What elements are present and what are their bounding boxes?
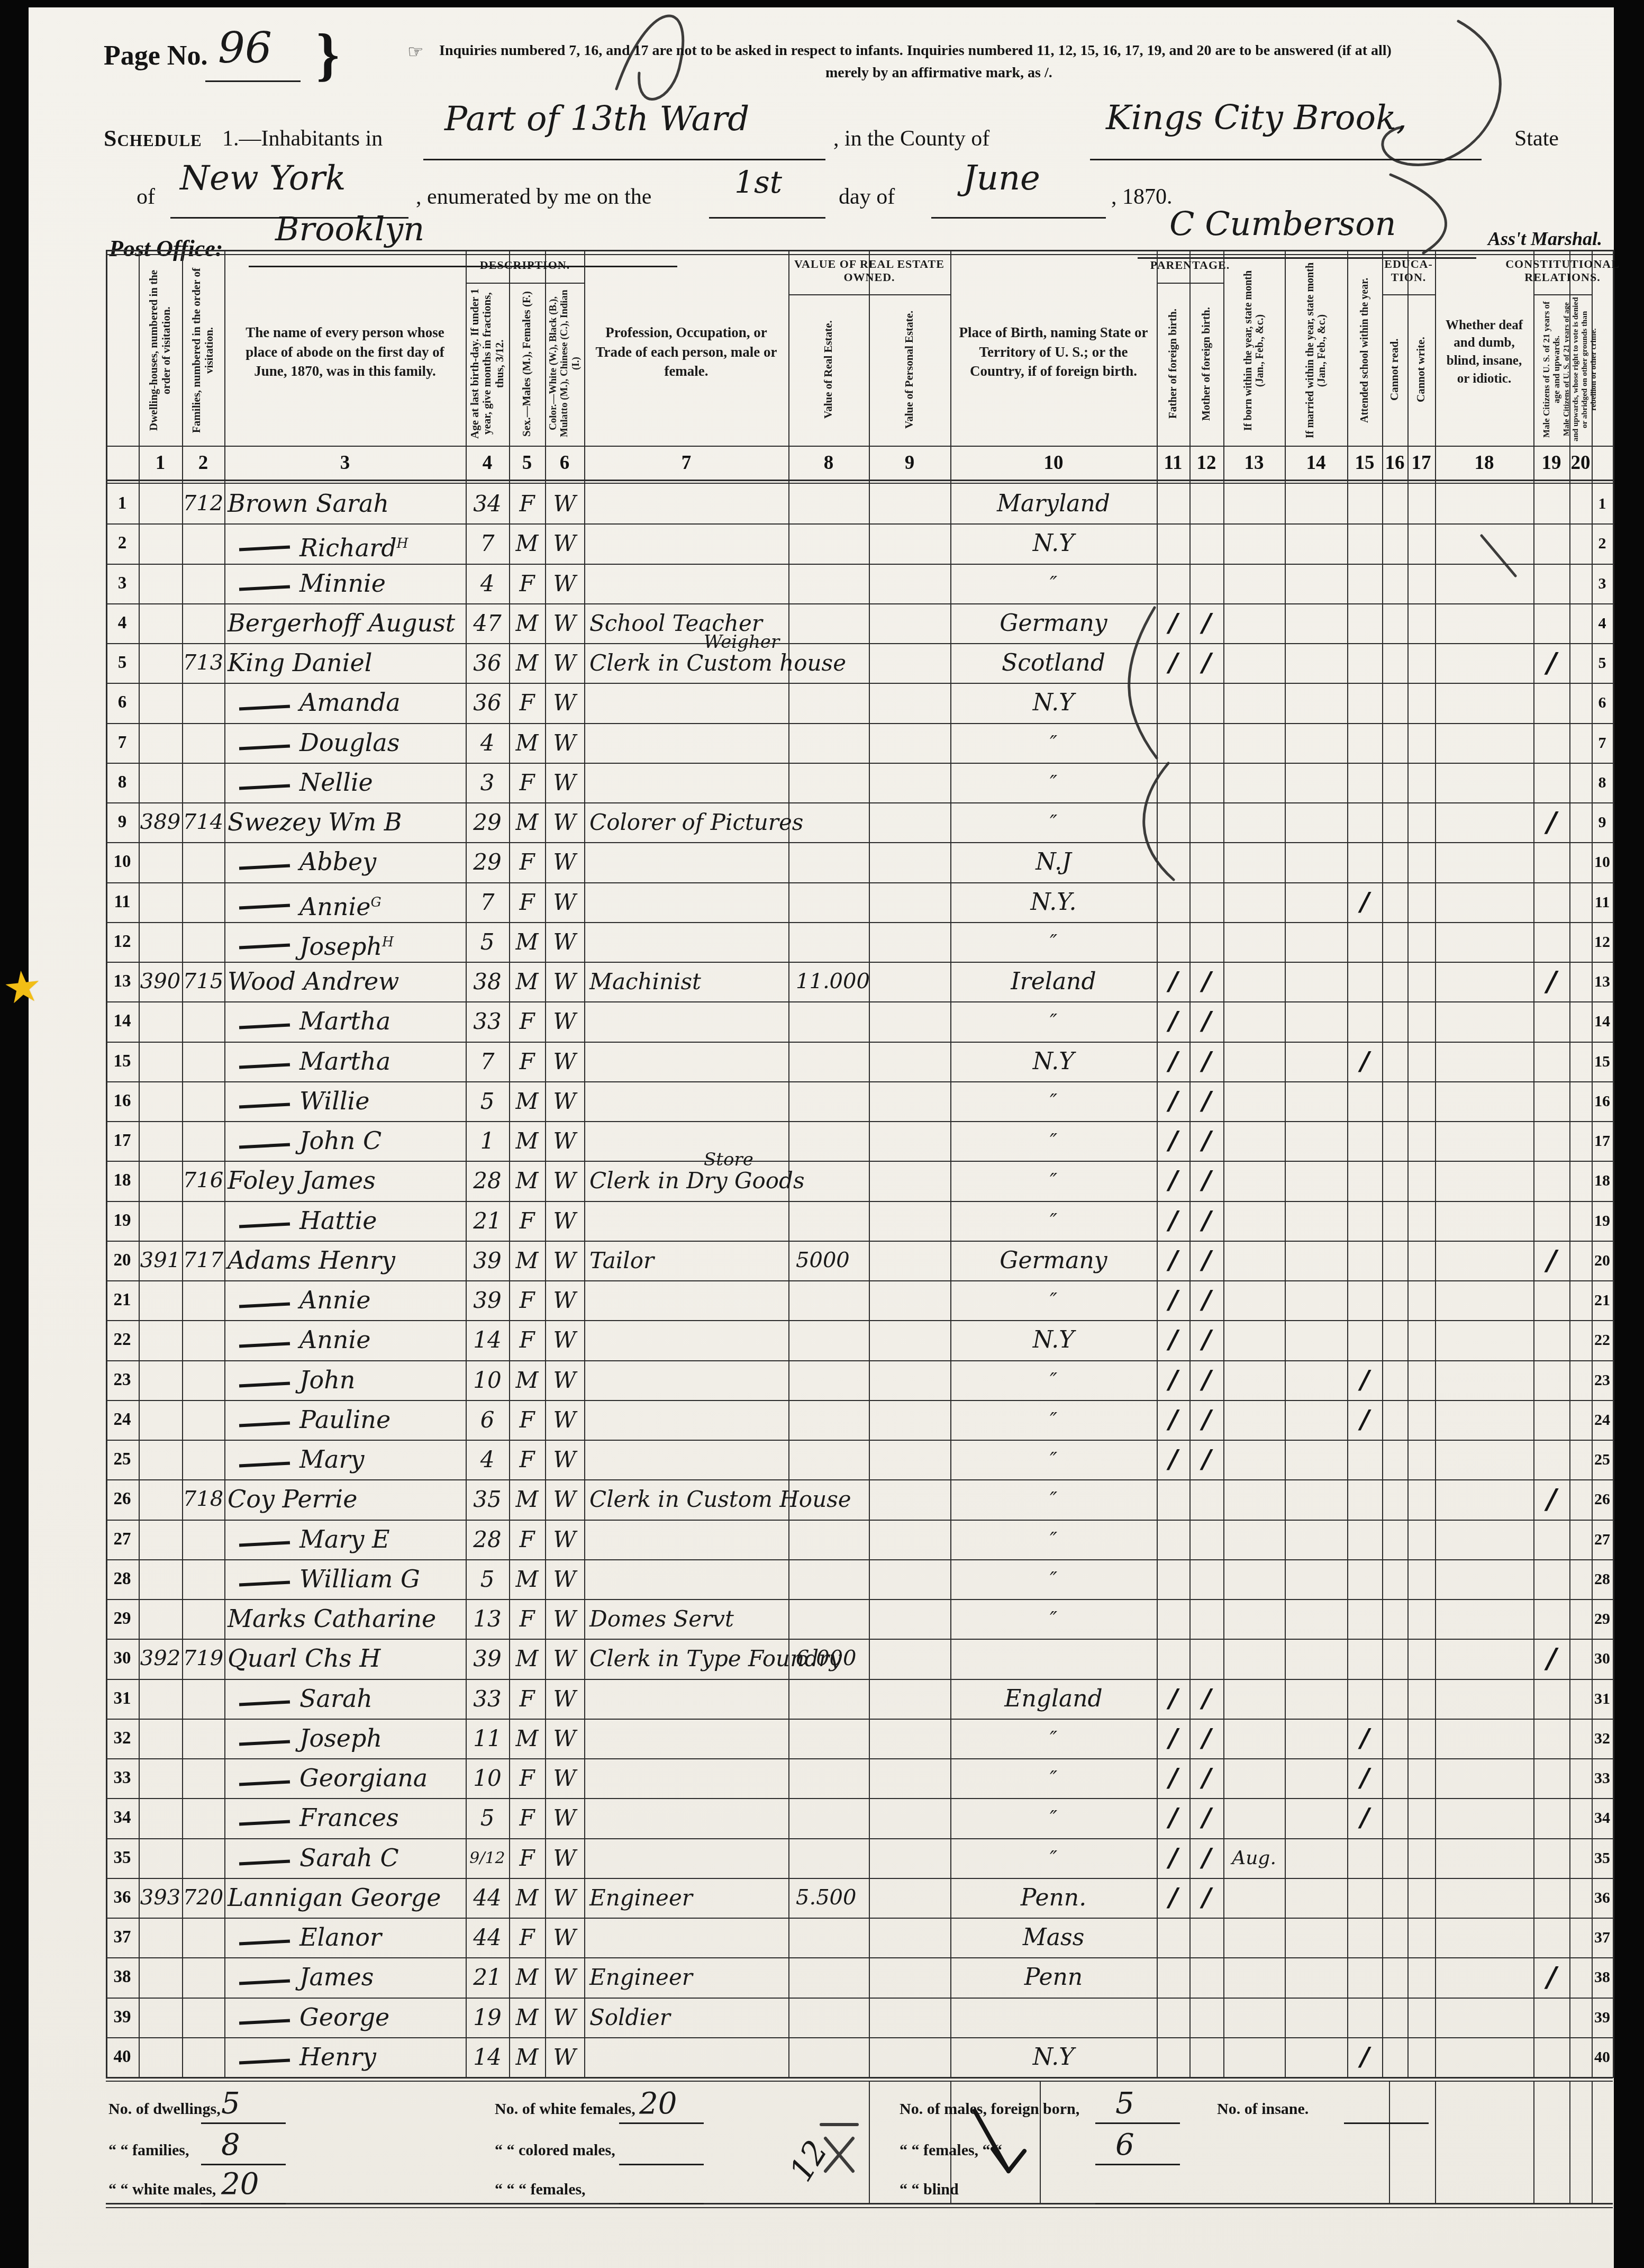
- cell-occupation: Colorer of Pictures: [589, 802, 803, 842]
- tick-attended-school: ∕: [1347, 1400, 1382, 1440]
- cell-name: Abbey: [299, 842, 376, 882]
- cell-name: George: [299, 1998, 389, 2037]
- cell-color: W: [545, 683, 584, 722]
- summary-females-label: “ “ “ females,: [495, 2181, 586, 2199]
- cell-name: Marks Catharine: [228, 1599, 436, 1639]
- cell-name: Sarah C: [299, 1838, 399, 1878]
- row-number-right: 16: [1592, 1081, 1613, 1121]
- cell-color: W: [545, 1241, 584, 1280]
- cell-name: Annie: [299, 1280, 370, 1320]
- ditto-dash: [239, 1541, 290, 1547]
- summary-foreign-underline: [1095, 2203, 1180, 2204]
- tick-mother-foreign: ∕: [1189, 1001, 1223, 1041]
- cell-age: 10: [466, 1360, 509, 1400]
- cell-name: Douglas: [299, 723, 399, 763]
- cell-birthplace: ″: [950, 723, 1157, 763]
- row-number-left: 39: [106, 1998, 139, 2037]
- ditto-dash: [239, 745, 290, 751]
- cell-color: W: [545, 603, 584, 643]
- cell-sex: M: [509, 802, 545, 842]
- grid-hline: [1533, 294, 1592, 295]
- cell-color: W: [545, 643, 584, 683]
- cell-name: RichardH: [299, 523, 408, 563]
- row-number-left: 26: [106, 1479, 139, 1519]
- cell-name: King Daniel: [228, 643, 372, 683]
- cell-birthplace: ″: [950, 1001, 1157, 1041]
- cell-sex: M: [509, 1639, 545, 1678]
- column-number-20: 20: [1569, 446, 1592, 480]
- tick-father-foreign: ∕: [1157, 1042, 1189, 1081]
- cell-sex: F: [509, 1679, 545, 1719]
- cell-sex: M: [509, 962, 545, 1001]
- cell-color: W: [545, 1520, 584, 1559]
- cell-family-no: 712: [182, 484, 224, 523]
- summary-dwellings-underline: [201, 2203, 286, 2204]
- column-number-12: 12: [1189, 446, 1223, 480]
- row-number-right: 8: [1592, 763, 1613, 802]
- column-group-header: Description.: [467, 258, 583, 272]
- row-number-left: 40: [106, 2037, 139, 2077]
- summary-dwellings-label: “ “ families,: [108, 2142, 189, 2159]
- cell-family-no: 719: [182, 1639, 224, 1678]
- ditto-dash: [239, 1461, 290, 1467]
- row-number-right: 6: [1592, 683, 1613, 722]
- cell-name: Willie: [299, 1081, 370, 1121]
- cell-age: 5: [466, 1559, 509, 1599]
- summary-foreign-label: No. of males, foreign born,: [900, 2100, 1079, 2118]
- tick-father-foreign: ∕: [1157, 1798, 1189, 1838]
- cell-dwelling-no: 391: [139, 1241, 182, 1280]
- summary-females-label: “ “ colored males,: [495, 2142, 615, 2159]
- tick-mother-foreign: ∕: [1189, 1679, 1223, 1719]
- summary-females-underline: [619, 2203, 704, 2204]
- row-number-right: 33: [1592, 1758, 1613, 1798]
- row-number-left: 5: [106, 643, 139, 683]
- column-header-20: Male Citizens of U. S. of 21 years of ag…: [1570, 296, 1591, 442]
- tick-attended-school: ∕: [1347, 1360, 1382, 1400]
- column-header-1: Dwelling-houses, numbered in the order o…: [139, 258, 181, 442]
- summary-dwellings-label: “ “ white males,: [108, 2181, 216, 2199]
- row-number-right: 38: [1592, 1957, 1613, 1997]
- ditto-dash: [239, 1063, 290, 1069]
- cell-birthplace: ″: [950, 1161, 1157, 1200]
- cell-sex: F: [509, 1201, 545, 1241]
- cell-birthplace: ″: [950, 1440, 1157, 1479]
- column-group-header: ConstitutionalRelations.: [1534, 257, 1591, 284]
- column-number-15: 15: [1347, 446, 1382, 480]
- column-number-16: 16: [1382, 446, 1407, 480]
- cell-color: W: [545, 1559, 584, 1599]
- ditto-dash: [239, 704, 290, 710]
- tick-mother-foreign: ∕: [1189, 1400, 1223, 1440]
- row-number-left: 20: [106, 1241, 139, 1280]
- cell-color: W: [545, 1360, 584, 1400]
- row-number-left: 10: [106, 842, 139, 882]
- tick-mother-foreign: ∕: [1189, 603, 1223, 643]
- cell-sex: F: [509, 1280, 545, 1320]
- cell-age: 44: [466, 1918, 509, 1957]
- row-number-left: 8: [106, 763, 139, 802]
- cell-sex: F: [509, 564, 545, 603]
- row-number-left: 15: [106, 1042, 139, 1081]
- ditto-dash: [239, 864, 290, 870]
- cell-occupation: Clerk in Custom House: [589, 1479, 851, 1519]
- cell-age: 35: [466, 1479, 509, 1519]
- cell-birthplace: Maryland: [950, 484, 1157, 523]
- cell-name: Annie: [299, 1320, 370, 1360]
- row-number-left: 7: [106, 723, 139, 763]
- row-number-right: 37: [1592, 1918, 1613, 1957]
- tick-father-foreign: ∕: [1157, 1320, 1189, 1360]
- cell-color: W: [545, 1001, 584, 1041]
- cell-birthplace: N.Y.: [950, 882, 1157, 922]
- row-number-left: 23: [106, 1360, 139, 1400]
- cell-color: W: [545, 922, 584, 962]
- cell-born-month: Aug.: [1223, 1838, 1285, 1878]
- cell-birthplace: ″: [950, 1400, 1157, 1440]
- cell-birthplace: N.J: [950, 842, 1157, 882]
- cell-sex: M: [509, 523, 545, 563]
- column-header-2: Families, numbered in the order of visit…: [183, 258, 224, 442]
- column-number-13: 13: [1223, 446, 1285, 480]
- cell-occupation: Engineer: [589, 1878, 693, 1918]
- cell-occupation: Machinist: [589, 962, 701, 1001]
- row-number-left: 13: [106, 962, 139, 1001]
- row-number-left: 36: [106, 1878, 139, 1918]
- row-number-left: 37: [106, 1918, 139, 1957]
- grid-hline: [788, 294, 950, 295]
- cell-birthplace: ″: [950, 1559, 1157, 1599]
- column-number-8: 8: [788, 446, 869, 480]
- grid-vline: [869, 2082, 870, 2203]
- row-number-right: 35: [1592, 1838, 1613, 1878]
- cell-color: W: [545, 1639, 584, 1678]
- cell-color: W: [545, 484, 584, 523]
- cell-birthplace: Germany: [950, 603, 1157, 643]
- tick-male-citizen: ∕: [1533, 1639, 1569, 1678]
- summary-females-underline: [619, 2164, 704, 2165]
- row-number-right: 23: [1592, 1360, 1613, 1400]
- cell-age: 39: [466, 1280, 509, 1320]
- cell-color: W: [545, 1042, 584, 1081]
- tick-mother-foreign: ∕: [1189, 1081, 1223, 1121]
- cell-name: Foley James: [228, 1161, 376, 1200]
- cell-age: 33: [466, 1001, 509, 1041]
- tick-mother-foreign: ∕: [1189, 1201, 1223, 1241]
- tick-male-citizen: ∕: [1533, 643, 1569, 683]
- column-header-4: Age at last birth-day. If under 1 year, …: [466, 285, 508, 442]
- cell-age: 1: [466, 1121, 509, 1161]
- cell-family-no: 717: [182, 1241, 224, 1280]
- cell-sex: F: [509, 1599, 545, 1639]
- tick-father-foreign: ∕: [1157, 643, 1189, 683]
- ditto-dash: [239, 1143, 290, 1149]
- cell-birthplace: ″: [950, 1121, 1157, 1161]
- cell-birthplace: ″: [950, 1201, 1157, 1241]
- cell-age: 21: [466, 1957, 509, 1997]
- cell-color: W: [545, 523, 584, 563]
- summary-foreign-value: 5: [1115, 2086, 1134, 2121]
- ditto-dash: [239, 1103, 290, 1109]
- cell-family-no: 718: [182, 1479, 224, 1519]
- row-number-right: 18: [1592, 1161, 1613, 1200]
- cell-sex: F: [509, 1798, 545, 1838]
- cell-age: 44: [466, 1878, 509, 1918]
- cell-age: 39: [466, 1639, 509, 1678]
- row-number-right: 14: [1592, 1001, 1613, 1041]
- ditto-dash: [239, 1820, 290, 1826]
- column-number-18: 18: [1435, 446, 1533, 480]
- cell-name: Brown Sarah: [228, 484, 389, 523]
- tick-father-foreign: ∕: [1157, 1360, 1189, 1400]
- cell-name: Adams Henry: [228, 1241, 395, 1280]
- cell-sex: M: [509, 1998, 545, 2037]
- column-number-5: 5: [509, 446, 545, 480]
- grid-hline: [1157, 283, 1223, 284]
- ditto-dash: [239, 784, 290, 790]
- cell-color: W: [545, 2037, 584, 2077]
- tick-father-foreign: ∕: [1157, 1679, 1189, 1719]
- ditto-dash: [239, 1939, 290, 1945]
- column-header-14: If married within the year, state month …: [1285, 258, 1347, 442]
- tick-mother-foreign: ∕: [1189, 962, 1223, 1001]
- cell-name: Wood Andrew: [228, 962, 399, 1001]
- cell-name: Martha: [299, 1001, 390, 1041]
- cell-birthplace: ″: [950, 1838, 1157, 1878]
- cell-color: W: [545, 1081, 584, 1121]
- cell-age: 13: [466, 1599, 509, 1639]
- row-number-left: 1: [106, 484, 139, 523]
- grid-hline: [106, 254, 1613, 255]
- cell-sex: M: [509, 1360, 545, 1400]
- cell-age: 9/12: [466, 1838, 509, 1878]
- summary-insane-label: No. of insane.: [1217, 2100, 1309, 2118]
- cell-color: W: [545, 1798, 584, 1838]
- cell-sex: F: [509, 484, 545, 523]
- ditto-dash: [239, 585, 290, 591]
- cell-age: 6: [466, 1400, 509, 1440]
- row-number-right: 31: [1592, 1679, 1613, 1719]
- cell-color: W: [545, 1161, 584, 1200]
- cell-age: 21: [466, 1201, 509, 1241]
- summary-dwellings-value: 8: [221, 2128, 240, 2162]
- tick-mother-foreign: ∕: [1189, 1878, 1223, 1918]
- cell-birthplace: Scotland: [950, 643, 1157, 683]
- cell-birthplace: ″: [950, 1081, 1157, 1121]
- summary-foreign-label: “ “ females, “ “: [900, 2142, 1002, 2159]
- grid-hline: [106, 2207, 1613, 2208]
- tick-father-foreign: ∕: [1157, 1400, 1189, 1440]
- tick-father-foreign: ∕: [1157, 1758, 1189, 1798]
- cell-real-estate: 5.500: [796, 1878, 857, 1918]
- cell-birthplace: ″: [950, 1360, 1157, 1400]
- column-header-18: Whether deaf and dumb, blind, insane, or…: [1439, 296, 1529, 408]
- cell-age: 28: [466, 1161, 509, 1200]
- cell-real-estate: 6.000: [796, 1639, 857, 1678]
- summary-foreign-label: “ “ blind: [900, 2181, 959, 2199]
- row-number-left: 4: [106, 603, 139, 643]
- ditto-dash: [239, 1860, 290, 1866]
- grid-hline: [106, 2203, 1613, 2204]
- cell-color: W: [545, 842, 584, 882]
- cell-color: W: [545, 802, 584, 842]
- cell-color: W: [545, 1400, 584, 1440]
- cell-age: 34: [466, 484, 509, 523]
- ditto-dash: [239, 1979, 290, 1985]
- cell-real-estate: 11.000: [796, 962, 870, 1001]
- cell-name: Mary E: [299, 1520, 390, 1559]
- row-number-left: 2: [106, 523, 139, 563]
- cell-sex: F: [509, 1918, 545, 1957]
- cell-birthplace: Penn: [950, 1957, 1157, 1997]
- cell-age: 4: [466, 1440, 509, 1479]
- tick-mother-foreign: ∕: [1189, 1838, 1223, 1878]
- cell-family-no: 713: [182, 643, 224, 683]
- cell-name: Pauline: [299, 1400, 390, 1440]
- cell-name: Frances: [299, 1798, 399, 1838]
- column-group-header: Educa-tion.: [1383, 257, 1434, 284]
- row-number-left: 12: [106, 922, 139, 962]
- cell-age: 5: [466, 922, 509, 962]
- cell-sex: F: [509, 1320, 545, 1360]
- cell-name: Georgiana: [299, 1758, 428, 1798]
- cell-sex: M: [509, 1878, 545, 1918]
- column-header-8: Value of Real Estate.: [789, 296, 868, 442]
- cell-age: 4: [466, 564, 509, 603]
- cell-age: 5: [466, 1081, 509, 1121]
- column-number-6: 6: [545, 446, 584, 480]
- tick-mother-foreign: ∕: [1189, 1161, 1223, 1200]
- grid-hline: [106, 2077, 1613, 2078]
- cell-name: James: [299, 1957, 374, 1997]
- column-header-16: Cannot read.: [1383, 296, 1407, 442]
- cell-name: Hattie: [299, 1201, 377, 1241]
- tick-father-foreign: ∕: [1157, 1241, 1189, 1280]
- row-number-right: 11: [1592, 882, 1613, 922]
- ditto-dash: [239, 944, 290, 950]
- tick-father-foreign: ∕: [1157, 1001, 1189, 1041]
- column-header-11: Father of foreign birth.: [1157, 285, 1189, 442]
- cell-name: William G: [299, 1559, 420, 1599]
- tick-attended-school: ∕: [1347, 1719, 1382, 1758]
- row-number-right: 9: [1592, 802, 1613, 842]
- cell-sex: M: [509, 1241, 545, 1280]
- cell-family-no: 720: [182, 1878, 224, 1918]
- grid-hline: [106, 250, 1613, 251]
- cell-sex: F: [509, 1440, 545, 1479]
- cell-sex: F: [509, 1042, 545, 1081]
- row-number-right: 15: [1592, 1042, 1613, 1081]
- cell-birthplace: ″: [950, 802, 1157, 842]
- cell-birthplace: N.Y: [950, 2037, 1157, 2077]
- ditto-dash: [239, 1701, 290, 1706]
- cell-color: W: [545, 763, 584, 802]
- cell-dwelling-no: 393: [139, 1878, 182, 1918]
- tick-male-citizen: ∕: [1533, 962, 1569, 1001]
- row-number-right: 22: [1592, 1320, 1613, 1360]
- summary-foreign-underline: [1095, 2122, 1180, 2124]
- column-header-9: Value of Personal Estate.: [869, 296, 950, 442]
- cell-birthplace: ″: [950, 922, 1157, 962]
- cell-occupation-note: Store: [704, 1149, 753, 1170]
- cell-birthplace: ″: [950, 763, 1157, 802]
- grid-vline: [1533, 2082, 1534, 2203]
- column-number-10: 10: [950, 446, 1157, 480]
- row-number-right: 21: [1592, 1280, 1613, 1320]
- summary-females-label: No. of white females,: [495, 2100, 635, 2118]
- row-number-left: 16: [106, 1081, 139, 1121]
- cell-sex: M: [509, 643, 545, 683]
- cell-sex: F: [509, 882, 545, 922]
- row-number-right: 28: [1592, 1559, 1613, 1599]
- cell-name: Sarah: [299, 1679, 373, 1719]
- cell-color: W: [545, 1280, 584, 1320]
- row-number-right: 12: [1592, 922, 1613, 962]
- tick-father-foreign: ∕: [1157, 1081, 1189, 1121]
- summary-dwellings-underline: [201, 2122, 286, 2124]
- row-number-left: 22: [106, 1320, 139, 1360]
- tick-mother-foreign: ∕: [1189, 1798, 1223, 1838]
- tick-mother-foreign: ∕: [1189, 1121, 1223, 1161]
- row-number-right: 26: [1592, 1479, 1613, 1519]
- ditto-dash: [239, 2059, 290, 2065]
- row-number-left: 14: [106, 1001, 139, 1041]
- cell-sex: M: [509, 1559, 545, 1599]
- tick-mother-foreign: ∕: [1189, 1241, 1223, 1280]
- column-number-9: 9: [869, 446, 950, 480]
- cell-real-estate: 5000: [796, 1241, 850, 1280]
- cell-sex: M: [509, 1161, 545, 1200]
- row-number-right: 34: [1592, 1798, 1613, 1838]
- cell-age: 36: [466, 683, 509, 722]
- row-number-right: 40: [1592, 2037, 1613, 2077]
- grid-vline: [1592, 2082, 1593, 2203]
- cell-age: 11: [466, 1719, 509, 1758]
- cell-dwelling-no: 392: [139, 1639, 182, 1678]
- cell-birthplace: N.Y: [950, 523, 1157, 563]
- tick-father-foreign: ∕: [1157, 1201, 1189, 1241]
- cell-occupation: Domes Servt: [589, 1599, 734, 1639]
- tick-attended-school: ∕: [1347, 1798, 1382, 1838]
- cell-age: 29: [466, 802, 509, 842]
- tick-mother-foreign: ∕: [1189, 1280, 1223, 1320]
- cell-color: W: [545, 1201, 584, 1241]
- cell-sex: F: [509, 1520, 545, 1559]
- cell-name: Lannigan George: [228, 1878, 441, 1918]
- cell-color: W: [545, 1320, 584, 1360]
- row-number-left: 6: [106, 683, 139, 722]
- cell-age: 28: [466, 1520, 509, 1559]
- row-number-left: 31: [106, 1679, 139, 1719]
- column-group-header: Value of Real EstateOwned.: [789, 257, 949, 284]
- cell-name: Coy Perrie: [228, 1479, 358, 1519]
- column-number-7: 7: [584, 446, 788, 480]
- row-number-right: 3: [1592, 564, 1613, 603]
- column-header-13: If born within the year, state month (Ja…: [1224, 258, 1284, 442]
- tick-mother-foreign: ∕: [1189, 1440, 1223, 1479]
- column-header-15: Attended school within the year.: [1348, 258, 1382, 442]
- cell-color: W: [545, 1440, 584, 1479]
- tick-male-citizen: ∕: [1533, 802, 1569, 842]
- tick-mother-foreign: ∕: [1189, 643, 1223, 683]
- row-number-right: 29: [1592, 1599, 1613, 1639]
- cell-name: Elanor: [299, 1918, 382, 1957]
- cell-birthplace: ″: [950, 1798, 1157, 1838]
- row-number-right: 4: [1592, 603, 1613, 643]
- cell-sex: M: [509, 603, 545, 643]
- cell-sex: M: [509, 1121, 545, 1161]
- tick-mother-foreign: ∕: [1189, 1360, 1223, 1400]
